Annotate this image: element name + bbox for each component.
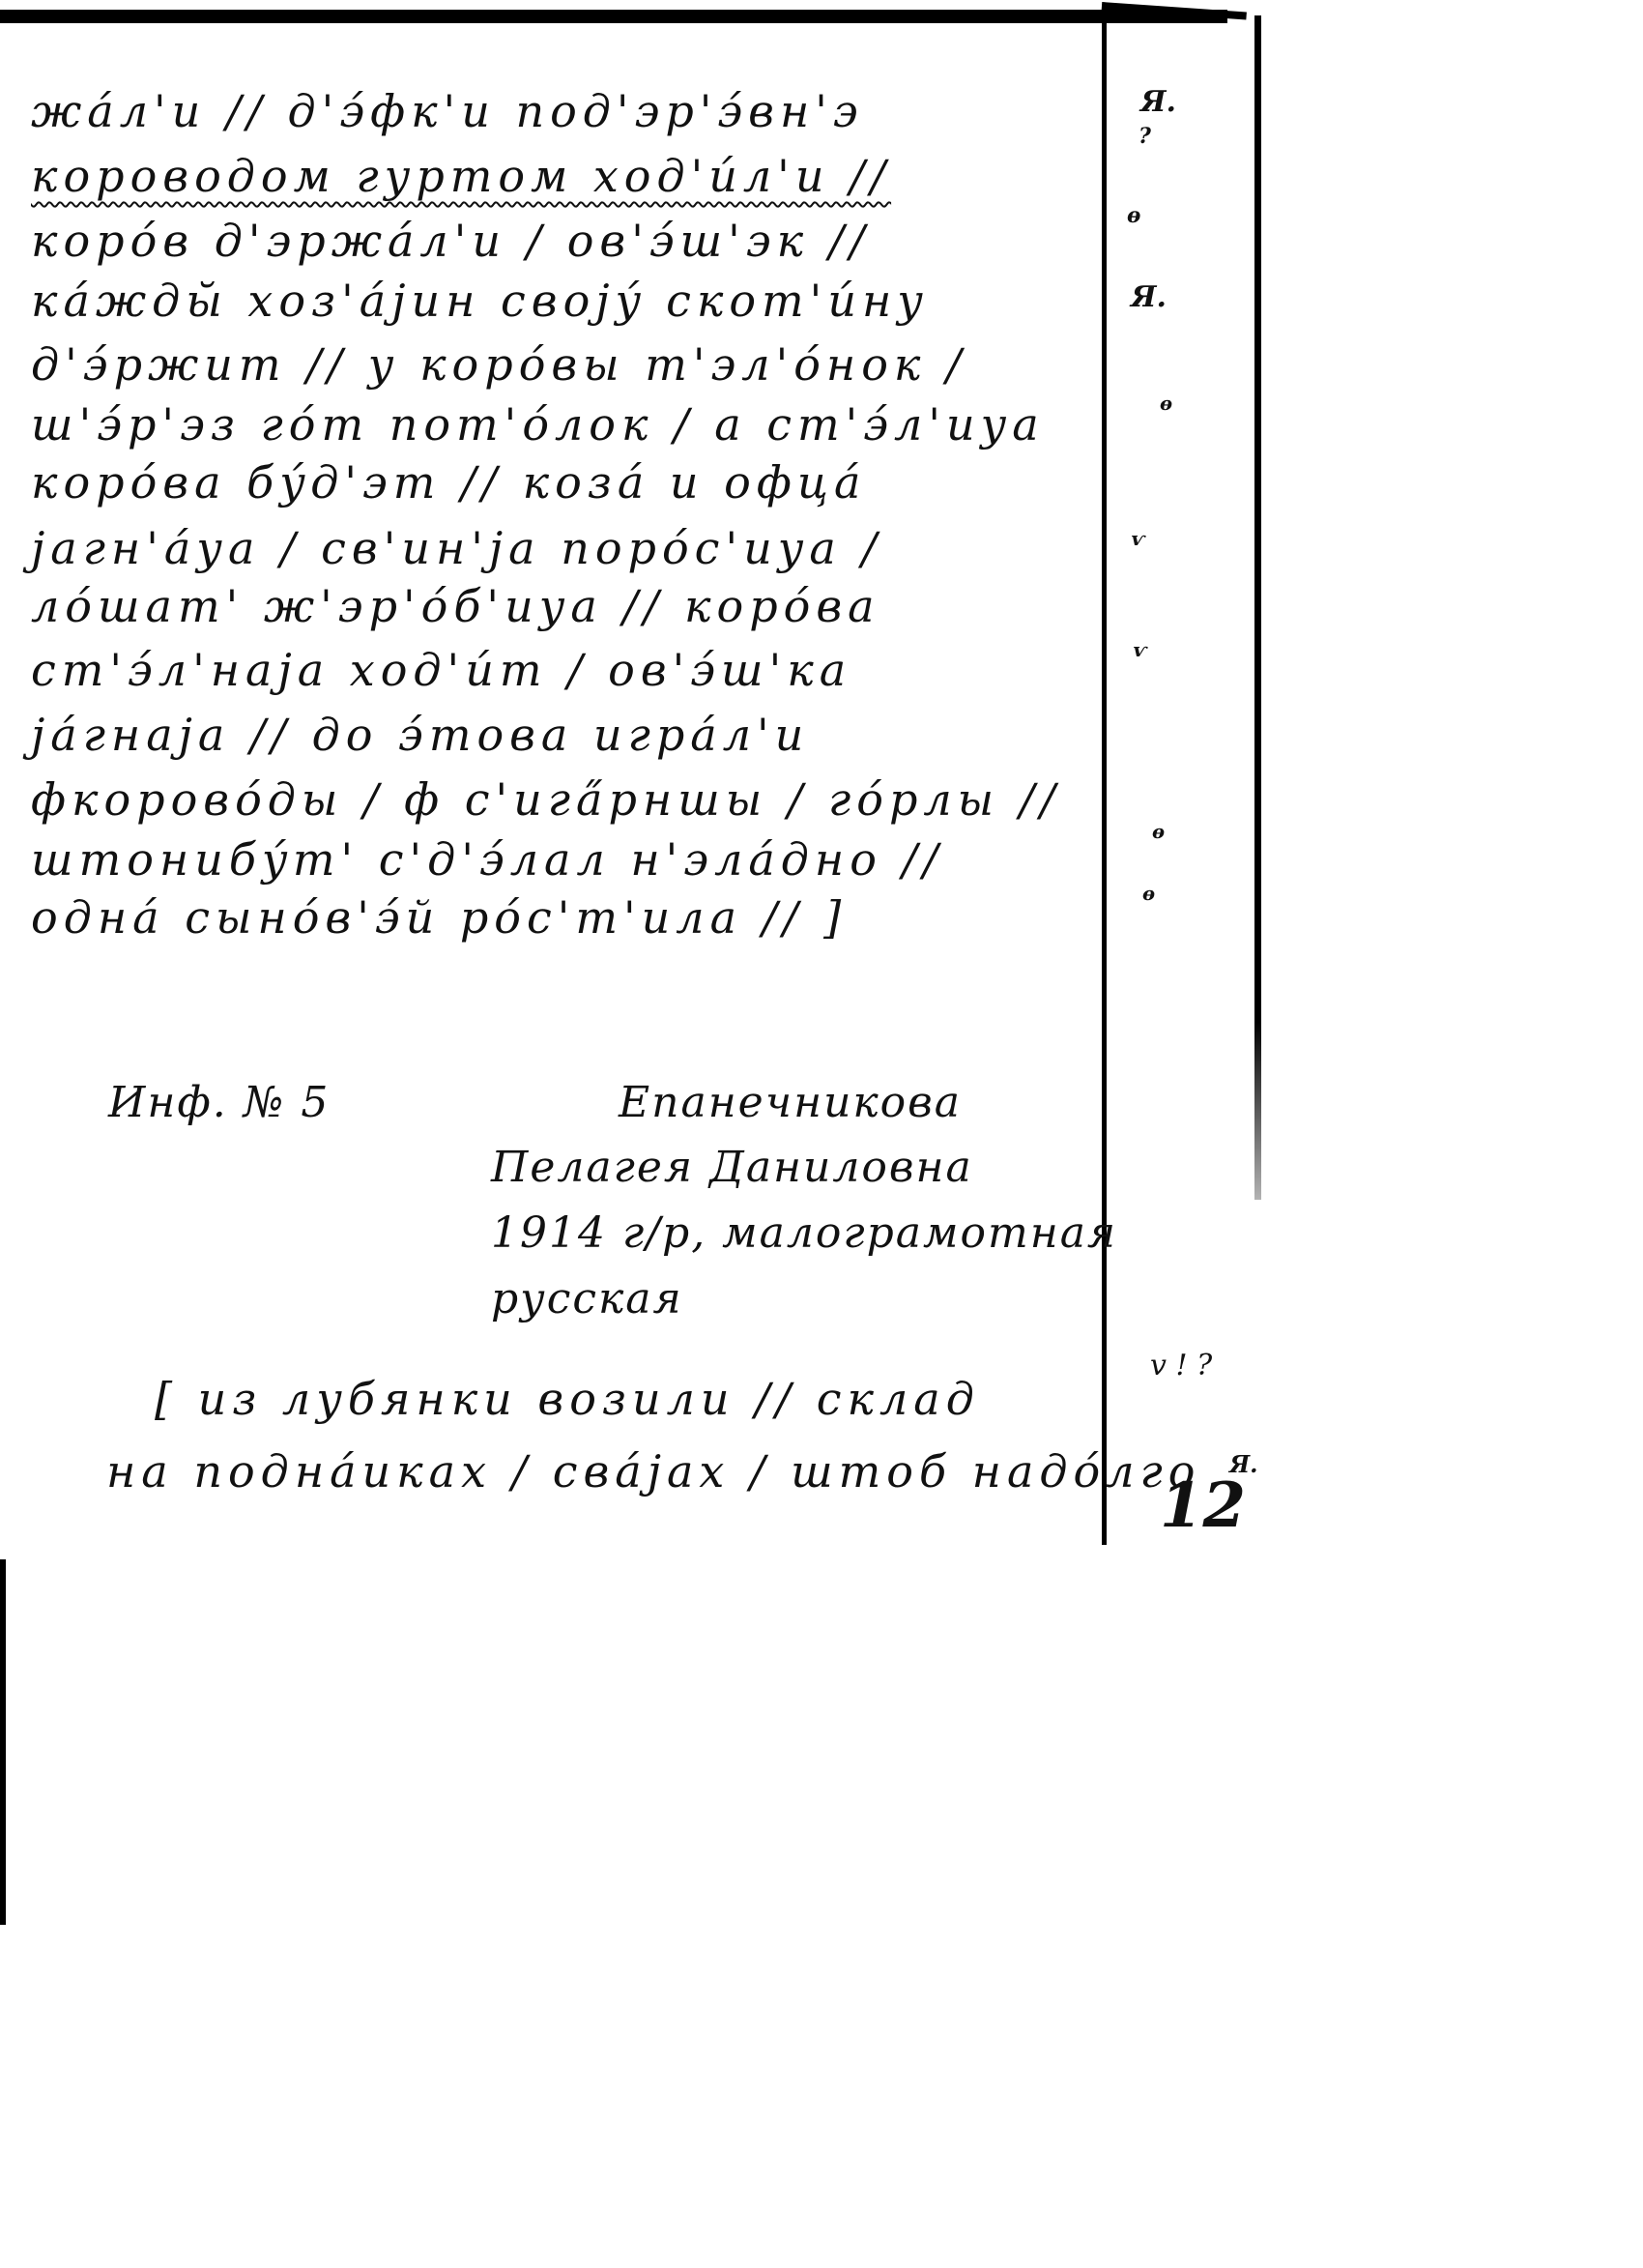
- transcript-line: ја́гнаја // до э́това игра́л'и: [31, 709, 809, 761]
- page-top-border: [0, 10, 1227, 23]
- margin-mark: ѵ: [1131, 527, 1145, 550]
- transcript-line: штонибýт' с'д'э́лал н'эла́дно //: [31, 833, 944, 886]
- margin-mark: ѳ: [1127, 203, 1140, 228]
- folio-number: 12: [1160, 1469, 1246, 1542]
- informant-name: Пелагея Даниловна: [491, 1143, 973, 1192]
- transcript-line: короводом гуртом ход'и́л'и //: [31, 150, 891, 202]
- transcript-line: одна́ сыно́в'э́й ро́с'т'ила // ]: [31, 891, 847, 944]
- transcript-line: ст'э́л'наја ход'и́т / ов'э́ш'ка: [31, 644, 851, 696]
- informant-label: Инф. № 5: [108, 1078, 330, 1127]
- margin-mark: ѳ: [1160, 392, 1172, 415]
- transcript-line: фкорово́ды / ф с'игa̋рншы / го́рлы //: [31, 773, 1061, 826]
- transcript-line-2: на подна́иках / сва́јах / штоб надо́лго: [106, 1445, 1200, 1497]
- informant-birth-education: 1914 г/р, малограмотная: [491, 1208, 1117, 1258]
- transcript-line: ш'э́р'эз го́т пот'о́лок / а ст'э́л'иуа: [31, 398, 1045, 451]
- informant-nationality: русская: [491, 1274, 683, 1323]
- margin-rule: [1102, 6, 1107, 1545]
- transcript-line: коро́ва бýд'эт // коза́ и офца́: [31, 456, 866, 509]
- transcript-line: јагн'а́уа / св'ин'ја поро́с'иуа /: [31, 522, 882, 574]
- scan-left-edge-shadow: [0, 1559, 6, 1925]
- transcript-line-2: [ из лубянки возили // склад: [155, 1373, 980, 1425]
- informant-surname: Епанечникова: [619, 1078, 962, 1127]
- transcript-line: жа́л'и // д'э́фк'и под'эр'э́вн'э: [31, 85, 864, 137]
- transcript-line: ло́шат' ж'эр'о́б'иуа // коро́ва: [31, 580, 880, 632]
- margin-mark: ѵ: [1133, 638, 1147, 661]
- transcript-line: д'э́ржит // у коро́вы т'эл'о́нок /: [31, 338, 967, 391]
- margin-mark: v ! ?: [1150, 1349, 1212, 1382]
- scanned-page: жа́л'и // д'э́фк'и под'эр'э́вн'э коровод…: [0, 0, 1643, 2268]
- margin-mark: ѳ: [1152, 820, 1165, 843]
- transcript-line: ка́жды̆ хоз'а́јин својý скот'и́ну: [31, 275, 929, 327]
- transcript-line: коро́в д'эржа́л'и / ов'э́ш'эк //: [31, 215, 871, 267]
- margin-mark: ѳ: [1142, 882, 1155, 905]
- margin-mark: Я.: [1140, 85, 1176, 119]
- margin-mark: Я.: [1131, 280, 1167, 314]
- margin-mark: ?: [1139, 124, 1151, 149]
- page-right-edge: [1254, 15, 1261, 1200]
